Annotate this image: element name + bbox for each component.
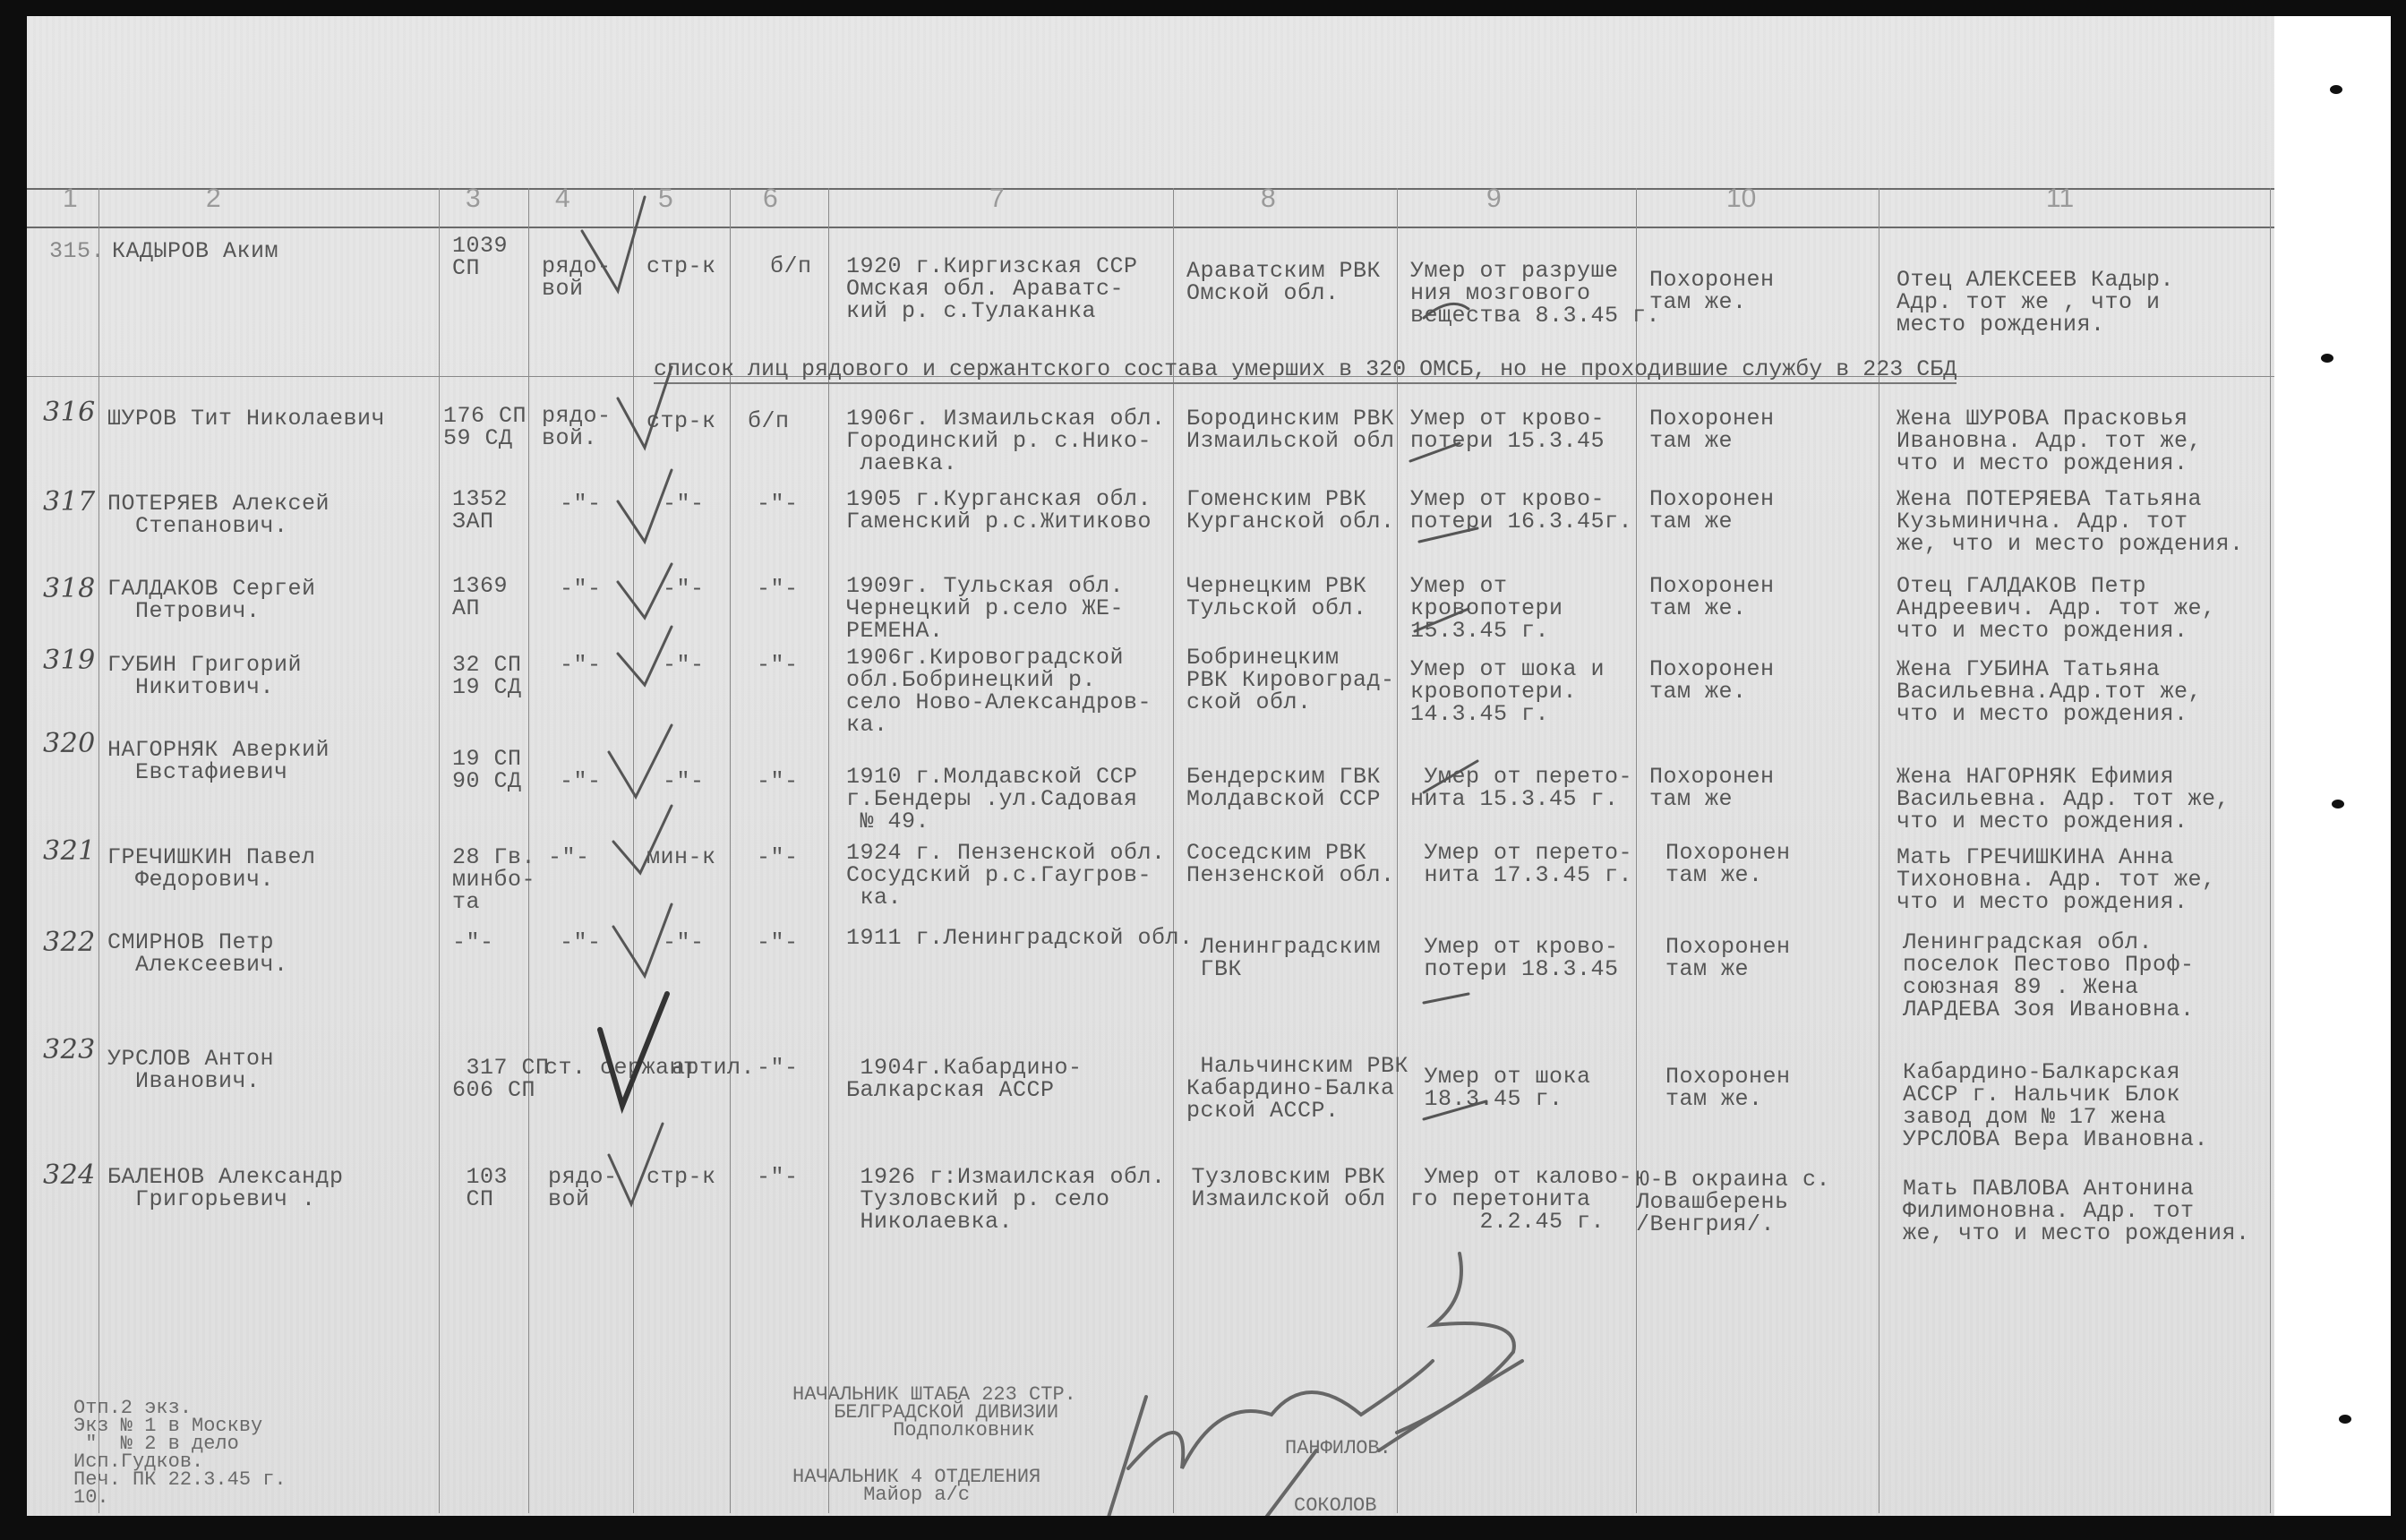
row-number: 322	[43, 931, 96, 954]
column-number-1: 1	[63, 184, 78, 214]
cause-of-death: Умер от крово- потери 18.3.45	[1410, 936, 1619, 980]
department-head-title: НАЧАЛЬНИК 4 ОТДЕЛЕНИЯ Майор а/с	[792, 1468, 1040, 1504]
unit: 19 СП 90 СД	[452, 748, 522, 792]
birth-info: 1906г. Измаильская обл. Городинский р. с…	[846, 407, 1166, 475]
row-number: 318	[43, 577, 96, 600]
punch-hole-mark	[2332, 800, 2344, 808]
cause-of-death: Умер от разруше ния мозгового вещества 8…	[1410, 260, 1660, 327]
cause-of-death: Умер от кровопотери 15.3.45 г.	[1410, 575, 1563, 642]
specialty: -"-	[663, 770, 705, 792]
burial-place: Похоронен там же	[1649, 488, 1775, 533]
specialty: стр-к	[646, 1166, 716, 1188]
birth-info: 1924 г. Пензенской обл. Сосудский р.с.Га…	[846, 842, 1166, 909]
punch-hole-mark	[2339, 1415, 2351, 1424]
row-number: 323	[43, 1039, 96, 1061]
relatives-address: Ленинградская обл. поселок Пестово Проф-…	[1903, 931, 2195, 1021]
specialty: -"-	[663, 931, 705, 954]
rank: рядо- вой	[548, 1166, 618, 1211]
column-number-2: 2	[206, 184, 221, 214]
rank: -"-	[548, 846, 590, 868]
unit: 103 СП	[452, 1166, 508, 1211]
birth-info: 1906г.Кировоградской обл.Бобринецкий р. …	[846, 646, 1152, 736]
specialty: -"-	[663, 577, 705, 600]
draft-office: Бобринецким РВК Кировоград- ской обл.	[1186, 646, 1395, 714]
punch-hole-mark	[2330, 85, 2342, 94]
cause-of-death: Умер от крово- потери 16.3.45г.	[1410, 488, 1632, 533]
soldier-name: СМИРНОВ Петр Алексеевич.	[107, 931, 288, 976]
rank: -"-	[560, 654, 602, 676]
soldier-name: ГРЕЧИШКИН Павел Федорович.	[107, 846, 316, 891]
soldier-name: ПОТЕРЯЕВ Алексей Степанович.	[107, 492, 330, 537]
rank: рядо- вой.	[542, 405, 612, 449]
soldier-name: КАДЫРОВ Аким	[112, 240, 278, 262]
draft-office: Бендерским ГВК Молдавской ССР	[1186, 766, 1381, 810]
soldier-name: ШУРОВ Тит Николаевич	[107, 407, 385, 430]
soldier-name: БАЛЕНОВ Александр Григорьевич .	[107, 1166, 344, 1211]
burial-place: Похоронен там же.	[1649, 575, 1775, 620]
draft-office: Соседским РВК Пензенской обл.	[1186, 842, 1395, 886]
department-head-name: СОКОЛОВ	[1294, 1497, 1376, 1515]
column-divider	[2270, 188, 2271, 1513]
column-divider	[98, 188, 99, 1513]
birth-info: 1926 г:Измаилская обл. Тузловский р. сел…	[846, 1166, 1166, 1233]
soldier-name: ГАЛДАКОВ Сергей Петрович.	[107, 577, 316, 622]
soldier-name: УРСЛОВ Антон Иванович.	[107, 1048, 274, 1092]
column-number-8: 8	[1261, 184, 1276, 214]
relatives-address: Жена ПОТЕРЯЕВА Татьяна Кузьминична. Адр.…	[1897, 488, 2244, 555]
burial-place: Похоронен там же	[1665, 936, 1791, 980]
party: -"-	[757, 1166, 799, 1188]
relatives-address: Мать ГРЕЧИШКИНА Анна Тихоновна. Адр. тот…	[1897, 846, 2216, 913]
relatives-address: Кабардино-Балкарская АССР г. Нальчик Бло…	[1903, 1061, 2208, 1151]
draft-office: Бородинским РВК Измаильской обл	[1186, 407, 1395, 452]
rank: -"-	[560, 770, 602, 792]
party: -"-	[757, 931, 799, 954]
unit: -"-	[452, 931, 494, 954]
table-header-rule	[27, 227, 2274, 228]
specialty: -"-	[663, 654, 705, 676]
draft-office: Нальчинским РВК Кабардино-Балка рской АС…	[1186, 1055, 1408, 1122]
birth-info: 1911 г.Ленинградской обл.	[846, 927, 1194, 949]
party: -"-	[757, 770, 799, 792]
unit: 32 СП 19 СД	[452, 654, 522, 698]
rank: -"-	[560, 931, 602, 954]
column-divider	[828, 188, 829, 1513]
burial-place: Похоронен там же	[1649, 407, 1775, 452]
row-number: 324	[43, 1164, 96, 1186]
unit: 1369 АП	[452, 575, 508, 620]
party: -"-	[757, 1057, 799, 1079]
scan-border	[0, 1516, 2406, 1540]
birth-info: 1909г. Тульская обл. Чернецкий р.село ЖЕ…	[846, 575, 1124, 642]
burial-place: Похоронен там же.	[1649, 269, 1775, 313]
row-number: 317	[43, 491, 96, 513]
rank: рядо- вой	[542, 255, 612, 300]
column-number-10: 10	[1726, 184, 1756, 214]
column-divider	[633, 188, 634, 1513]
party: -"-	[757, 492, 799, 515]
cause-of-death: Умер от калово- го перетонита 2.2.45 г.	[1410, 1166, 1632, 1233]
unit: 317 СП 606 СП	[452, 1057, 550, 1101]
section-note: список лиц рядового и сержантского соста…	[654, 356, 1956, 384]
column-number-3: 3	[466, 184, 481, 214]
party: б/п	[770, 255, 812, 278]
row-number: 321	[43, 840, 96, 862]
column-number-11: 11	[2046, 184, 2074, 214]
specialty: стр-к	[646, 410, 716, 432]
column-divider	[1879, 188, 1879, 1513]
birth-info: 1905 г.Курганская обл. Гаменский р.с.Жит…	[846, 488, 1152, 533]
punch-hole-mark	[2321, 354, 2333, 363]
column-number-6: 6	[763, 184, 778, 214]
party: -"-	[757, 846, 799, 868]
birth-info: 1920 г.Киргизская ССР Омская обл. Арават…	[846, 255, 1138, 322]
column-divider	[1173, 188, 1174, 1513]
rank: -"-	[560, 577, 602, 600]
table-top-rule	[27, 188, 2274, 190]
relatives-address: Отец ГАЛДАКОВ Петр Андреевич. Адр. тот ж…	[1897, 575, 2216, 642]
rank: -"-	[560, 492, 602, 515]
relatives-address: Мать ПАВЛОВА Антонина Филимоновна. Адр. …	[1903, 1177, 2250, 1245]
specialty: -"-	[663, 492, 705, 515]
draft-office: Чернецким РВК Тульской обл.	[1186, 575, 1367, 620]
relatives-address: Жена ГУБИНА Татьяна Васильевна.Адр.тот ж…	[1897, 658, 2202, 725]
draft-office: Тузловским РВК Измаилской обл	[1177, 1166, 1386, 1211]
cause-of-death: Умер от перето- нита 15.3.45 г.	[1410, 766, 1632, 810]
relatives-address: Жена НАГОРНЯК Ефимия Васильевна. Адр. то…	[1897, 766, 2230, 833]
specialty: мин-к	[646, 846, 716, 868]
burial-place: Похоронен там же.	[1665, 842, 1791, 886]
scan-margin	[2274, 16, 2391, 1516]
column-divider	[439, 188, 440, 1513]
column-number-7: 7	[989, 184, 1005, 214]
birth-info: 1904г.Кабардино- Балкарская АССР	[846, 1057, 1083, 1101]
unit: 1352 ЗАП	[452, 488, 508, 533]
party: -"-	[757, 577, 799, 600]
birth-info: 1910 г.Молдавской ССР г.Бендеры .ул.Садо…	[846, 766, 1138, 833]
unit: 1039 СП	[452, 235, 508, 279]
distribution-note: Отп.2 экз. Экз № 1 в Москву " № 2 в дело…	[73, 1399, 287, 1507]
column-divider	[1397, 188, 1398, 1513]
column-number-5: 5	[658, 184, 673, 214]
soldier-name: НАГОРНЯК Аверкий Евстафиевич	[107, 739, 330, 783]
burial-place: Ю-В окраина с. Ловашберень /Венгрия/.	[1636, 1168, 1830, 1236]
party: -"-	[757, 654, 799, 676]
chief-of-staff-name: ПАНФИЛОВ.	[1285, 1440, 1391, 1458]
cause-of-death: Умер от крово- потери 15.3.45	[1410, 407, 1605, 452]
row-number: 316	[43, 401, 96, 423]
unit: 176 СП 59 СД	[443, 405, 527, 449]
specialty: стр-к	[646, 255, 716, 278]
row-number: 320	[43, 732, 96, 755]
draft-office: Гоменским РВК Курганской обл.	[1186, 488, 1395, 533]
unit: 28 Гв. минбо- та	[452, 846, 535, 913]
chief-of-staff-title: НАЧАЛЬНИК ШТАБА 223 СТР. БЕЛГРАДСКОЙ ДИВ…	[792, 1386, 1076, 1440]
burial-place: Похоронен там же.	[1649, 658, 1775, 703]
draft-office: Ленинградским ГВК	[1186, 936, 1381, 980]
soldier-name: ГУБИН Григорий Никитович.	[107, 654, 302, 698]
cause-of-death: Умер от перето- нита 17.3.45 г.	[1410, 842, 1632, 886]
column-divider	[730, 188, 731, 1513]
burial-place: Похоронен там же	[1649, 766, 1775, 810]
specialty: артил.	[672, 1057, 755, 1079]
cause-of-death: Умер от шока 18.3.45 г.	[1410, 1065, 1591, 1110]
row-number: 319	[43, 649, 96, 672]
column-number-9: 9	[1486, 184, 1502, 214]
draft-office: Араватским РВК Омской обл.	[1186, 260, 1381, 304]
burial-place: Похоронен там же.	[1665, 1065, 1791, 1110]
relatives-address: Отец АЛЕКСЕЕВ Кадыр. Адр. тот же , что и…	[1897, 269, 2174, 336]
party: б/п	[748, 410, 790, 432]
row-number: 315.	[49, 240, 105, 262]
column-divider	[1636, 188, 1637, 1513]
relatives-address: Жена ШУРОВА Прасковья Ивановна. Адр. тот…	[1897, 407, 2202, 475]
cause-of-death: Умер от шока и кровопотери. 14.3.45 г.	[1410, 658, 1605, 725]
column-number-4: 4	[555, 184, 570, 214]
